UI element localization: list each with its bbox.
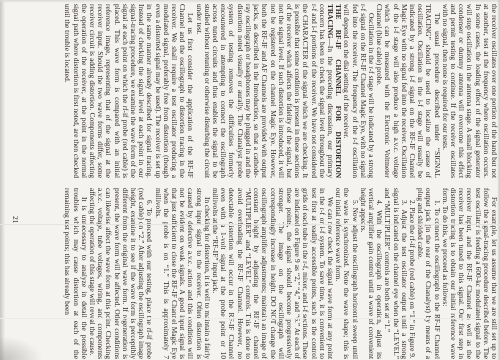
procedure-step: 5. Now adjust the oscillograph horizonta… bbox=[334, 188, 359, 359]
procedure-step: 6. To proceed with our testing, place th… bbox=[88, 188, 154, 359]
text-column-right: For example, let us assume that we are s… bbox=[2, 188, 498, 359]
procedure-step: 2. Place the rf-if probe (red cable) on … bbox=[408, 188, 416, 359]
scan-streak bbox=[0, 318, 500, 319]
paragraph: the receiver oscillates over one portion… bbox=[441, 4, 498, 178]
scan-edge-shadow-top bbox=[0, 0, 500, 3]
rotated-page-content: the receiver oscillates over one portion… bbox=[0, 0, 500, 360]
scan-edge-shadow-left bbox=[0, 0, 5, 360]
page-number: 21 bbox=[11, 216, 19, 224]
scan-streak bbox=[0, 224, 500, 225]
paragraph: We can now check the signal wave form at… bbox=[211, 188, 334, 359]
paragraph: Oscillation in the r-f stage will be ind… bbox=[342, 4, 375, 178]
paragraph: In checking for distortion, it is well t… bbox=[153, 188, 210, 359]
procedure-step: 3. Adjust the test oscillator output unt… bbox=[383, 188, 408, 359]
paragraph-text: —In the preceding discussion, our primar… bbox=[195, 4, 335, 178]
procedure-step: 1. To connect the oscillograph to the RF… bbox=[416, 188, 441, 359]
paragraph-with-heading: THE RF-IF CHANNEL FOR DISTORTION TRACING… bbox=[194, 4, 342, 178]
scanned-page: the receiver oscillates over one portion… bbox=[0, 0, 500, 360]
scan-corner-shadow bbox=[0, 334, 46, 360]
paragraph: For example, let us assume that we are s… bbox=[441, 188, 498, 359]
paragraph: It is unnecessary to analyze in detail t… bbox=[63, 188, 88, 359]
paragraph: Let us first consider the application of… bbox=[63, 4, 194, 178]
paragraph: The usual procedure described under “SIG… bbox=[375, 4, 441, 178]
procedure-step: 4. With the oscillograph in operation, a… bbox=[359, 188, 384, 359]
text-column-left: the receiver oscillates over one portion… bbox=[2, 4, 498, 178]
